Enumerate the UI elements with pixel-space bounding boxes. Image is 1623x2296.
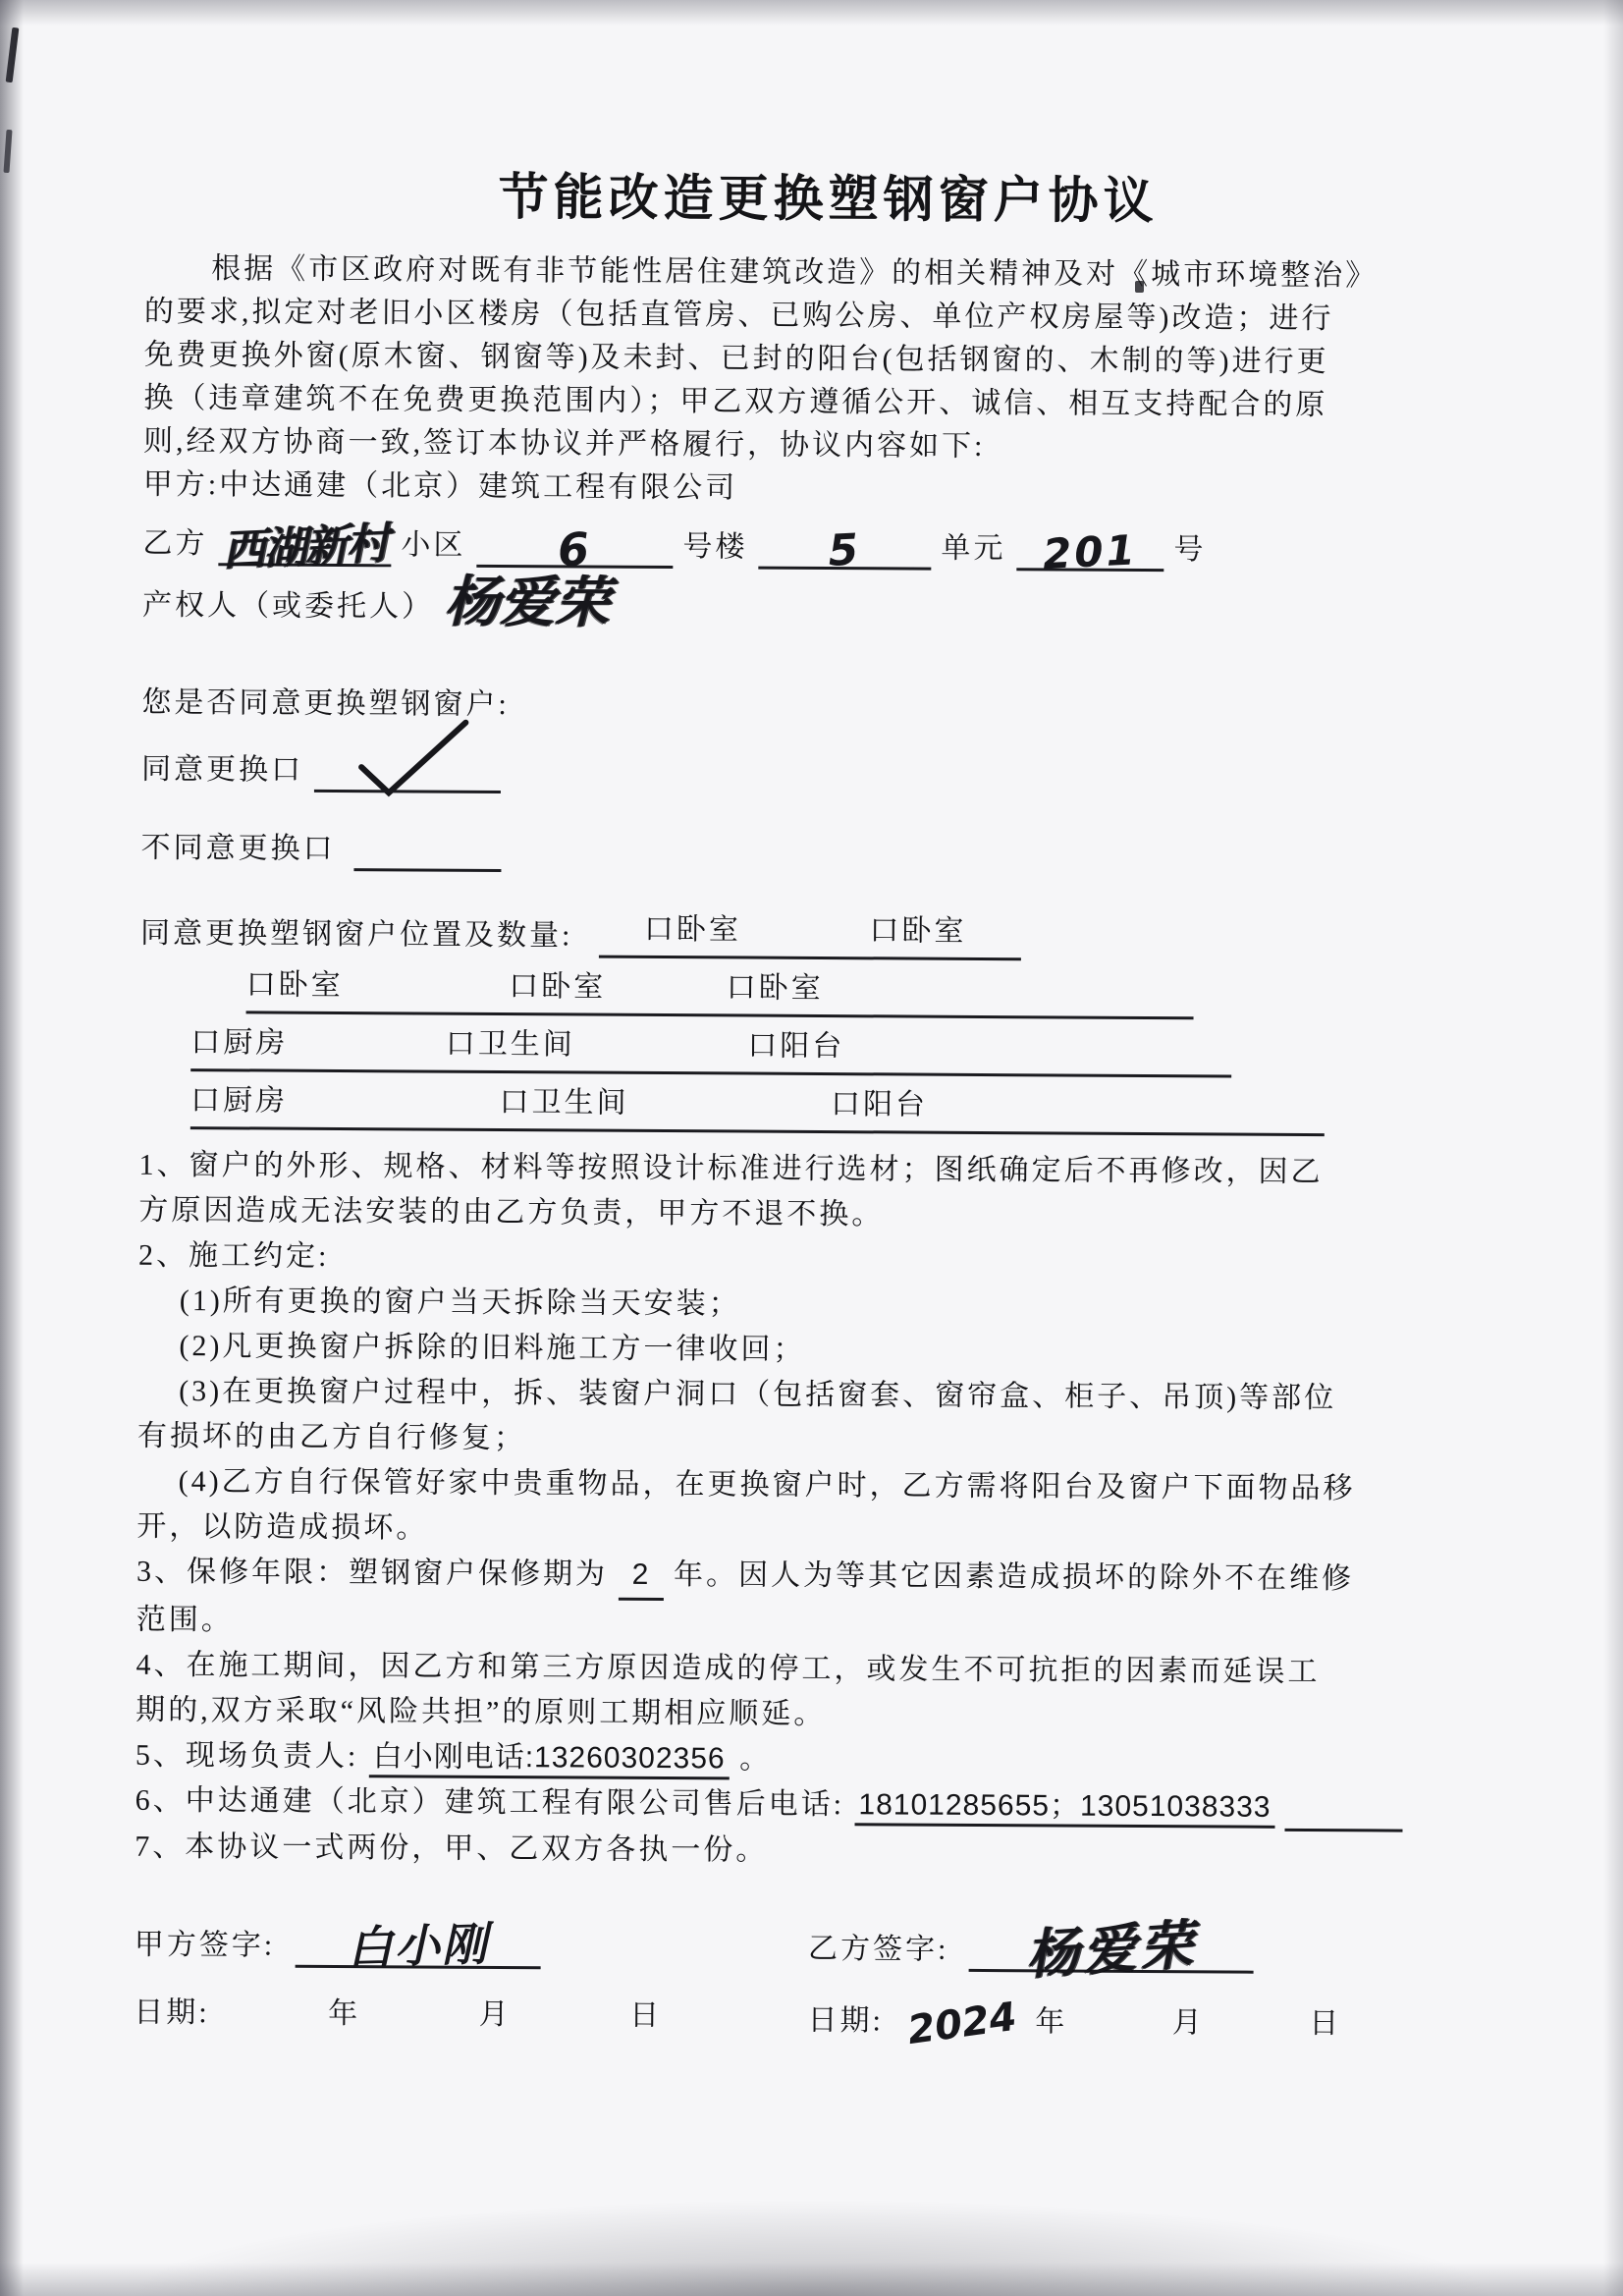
unit-suffix: 单元 (941, 532, 1005, 565)
building-suffix: 号楼 (682, 530, 747, 563)
locations-row[interactable]: 口卧室 口卧室 口卧室 (246, 963, 1194, 1019)
location-checkbox[interactable]: 口卧室 (246, 968, 344, 1002)
signature-area: 甲方签字: 白小刚 日期: 年 月 日 乙方签字: 杨爱荣 (134, 1921, 1501, 2048)
aftersales-phones: 18101285655；13051038333 (854, 1788, 1274, 1829)
community-handwritten-value: 西湖新村 (221, 522, 388, 574)
month-label: 月 (1172, 2006, 1205, 2039)
terms-section: 1、窗户的外形、规格、材料等按照设计标准进行选材；图纸确定后不再修改，因乙 方原… (135, 1143, 1505, 1878)
party-a-line: 甲方:中达通建（北京）建筑工程有限公司 (143, 464, 1510, 516)
warranty-years-value: 2 (632, 1558, 650, 1591)
year-label: 年 (328, 1997, 360, 2030)
scan-artifact (6, 27, 20, 82)
location-checkbox[interactable]: 口阳台 (831, 1088, 928, 1121)
aftersales-label: 6、中达通建（北京）建筑工程有限公司售后电话: (135, 1784, 845, 1821)
locations-heading-row: 同意更换塑钢窗户位置及数量: 口卧室 口卧室 (140, 905, 1507, 964)
document-title: 节能改造更换塑钢窗户协议 (144, 161, 1511, 241)
warranty-text-post: 年。因人为等其它因素造成损坏的除外不在维修 (674, 1558, 1354, 1595)
party-b-row: 乙方 西湖新村 小区 6 号楼 5 单元 201 号 (142, 522, 1509, 574)
party-a-signature-name: 白小刚 (347, 1922, 489, 1969)
party-a-date-row: 日期: 年 月 日 (134, 1992, 763, 2039)
day-label: 日 (1309, 2007, 1341, 2040)
location-checkbox[interactable]: 口厨房 (190, 1026, 288, 1060)
unit-number-blank[interactable]: 5 (758, 531, 931, 571)
party-b-signature-blank[interactable]: 杨爱荣 (969, 1926, 1254, 1974)
location-checkbox[interactable]: 口卧室 (509, 970, 606, 1004)
room-suffix: 号 (1173, 533, 1206, 566)
party-b-signature-row: 乙方签字: 杨爱荣 (808, 1925, 1501, 1990)
site-manager-label: 5、现场负责人: (135, 1739, 359, 1773)
term-line: 7、本协议一式两份，甲、乙双方各执一份。 (135, 1825, 1501, 1879)
room-handwritten-value: 201 (1042, 528, 1139, 575)
location-checkbox[interactable]: 口卧室 (869, 914, 966, 948)
warranty-years-blank[interactable]: 2 (618, 1553, 663, 1601)
locations-heading-blank[interactable]: 口卧室 口卧室 (599, 908, 1021, 961)
locations-row[interactable]: 口厨房 口卫生间 口阳台 (190, 1079, 1325, 1136)
day-label: 日 (629, 1999, 662, 2032)
owner-row: 产权人（或委托人） 杨爱荣 (142, 575, 1509, 647)
year-label: 年 (1035, 2005, 1067, 2038)
date-label: 日期: (134, 1996, 210, 2029)
month-label: 月 (479, 1998, 512, 2031)
owner-signature: 杨爱荣 (444, 571, 609, 635)
agree-label: 同意更换口 (141, 753, 303, 787)
agree-checkbox-row[interactable]: 同意更换口 (141, 748, 1508, 800)
location-checkbox[interactable]: 口卫生间 (499, 1086, 628, 1120)
aftersales-blank-tail (1285, 1799, 1403, 1832)
community-blank[interactable]: 西湖新村 (218, 527, 391, 567)
date-label: 日期: (808, 2004, 885, 2037)
site-manager-contact: 白小刚电话:13260302356 (369, 1740, 730, 1779)
disagree-checkbox-row[interactable]: 不同意更换口 (140, 827, 1507, 879)
locations-heading: 同意更换塑钢窗户位置及数量: (140, 917, 573, 953)
disagree-label: 不同意更换口 (140, 832, 335, 865)
scan-artifact (3, 130, 12, 173)
building-handwritten-value: 6 (556, 527, 592, 573)
room-number-blank[interactable]: 201 (1016, 532, 1163, 572)
party-b-signature-block: 乙方签字: 杨爱荣 日期: 2024 年 月 日 (762, 1925, 1500, 2048)
owner-label: 产权人（或委托人） (142, 589, 434, 624)
locations-row[interactable]: 口厨房 口卫生间 口阳台 (190, 1021, 1231, 1077)
document-content: 节能改造更换塑钢窗户协议 根据《市区政府对既有非节能性居住建筑改造》的相关精神及… (134, 161, 1512, 2047)
term-line: 方原因造成无法安装的由乙方负责，甲方不退不换。 (138, 1188, 1505, 1242)
party-b-signature-label: 乙方签字: (808, 1933, 949, 1966)
warranty-text-pre: 3、保修年限：塑钢窗户保修期为 (136, 1556, 608, 1591)
party-b-year-handwritten: 2024 (905, 1995, 1019, 2052)
community-suffix: 小区 (401, 528, 465, 561)
building-number-blank[interactable]: 6 (476, 529, 673, 569)
location-checkbox[interactable]: 口卧室 (644, 913, 741, 947)
party-b-label: 乙方 (142, 527, 207, 560)
agree-blank[interactable] (313, 754, 500, 793)
term-line: 3、保修年限：塑钢窗户保修期为 2 年。因人为等其它因素造成损坏的除外不在维修 (136, 1550, 1503, 1607)
party-a-signature-blank[interactable]: 白小刚 (295, 1922, 540, 1970)
disagree-blank[interactable] (353, 833, 501, 872)
consent-question: 您是否同意更换塑钢窗户: (141, 682, 1508, 734)
scanned-agreement-page: 节能改造更换塑钢窗户协议 根据《市区政府对既有非节能性居住建筑改造》的相关精神及… (0, 0, 1623, 2296)
site-manager-period: 。 (739, 1742, 772, 1775)
party-a-signature-label: 甲方签字: (135, 1929, 276, 1962)
location-checkbox[interactable]: 口卫生间 (446, 1028, 575, 1062)
party-b-signature-name: 杨爱荣 (1025, 1923, 1198, 1977)
location-checkbox[interactable]: 口卧室 (727, 971, 824, 1005)
party-b-date-row: 日期: 2024 年 月 日 (807, 1995, 1500, 2047)
term-line: 6、中达通建（北京）建筑工程有限公司售后电话: 18101285655；1305… (135, 1778, 1502, 1833)
location-checkbox[interactable]: 口阳台 (747, 1030, 844, 1064)
unit-handwritten-value: 5 (827, 528, 862, 574)
party-a-signature-block: 甲方签字: 白小刚 日期: 年 月 日 (134, 1921, 763, 2043)
party-a-signature-row: 甲方签字: 白小刚 (135, 1921, 764, 1986)
location-checkbox[interactable]: 口厨房 (190, 1084, 288, 1118)
